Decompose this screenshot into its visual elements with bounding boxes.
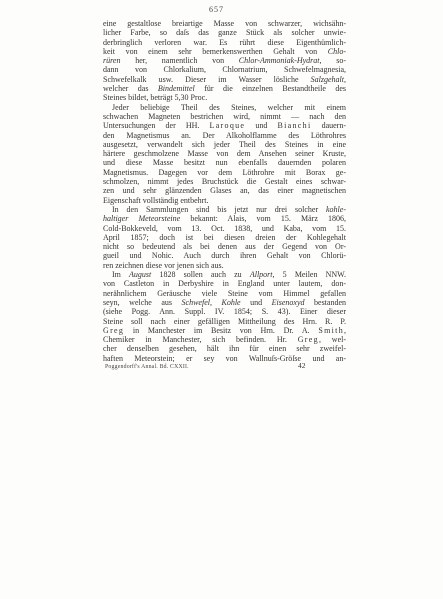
- text-segment: Cold-Bokkeveld, vom 13. Oct. 1838, und K…: [103, 224, 346, 233]
- paragraph: Jeder beliebige Theil des Steines, welch…: [103, 103, 346, 205]
- text-segment: nerähnlichem Geräusche viele Steine vom …: [103, 289, 346, 298]
- text-line: den Magnetismus an. Der Alkoholflamme de…: [103, 131, 346, 140]
- text-line: Steines bildet, beträgt 5,30 Proc.: [103, 93, 346, 102]
- text-line: Schwefelkalk usw. Dieser im Wasser lösli…: [103, 75, 346, 84]
- italic-text: Chlo-: [328, 47, 346, 56]
- text-segment: welcher das: [103, 84, 158, 93]
- text-line: Eigenschaft vollständig entbehrt.: [103, 196, 346, 205]
- text-segment: gueil und Nohic. Auch durch ihren Gehalt…: [103, 251, 346, 260]
- text-segment: ren zeichnen diese vor jenen sich aus.: [103, 261, 224, 270]
- text-segment: bekannt: Alais, vom 15. März 1806,: [180, 214, 346, 223]
- text-segment: Untersuchungen der HH.: [103, 121, 210, 130]
- italic-text: Chlor-Ammoniak-Hydrat: [239, 56, 320, 65]
- italic-text: haltiger Meteorsteine: [103, 214, 180, 223]
- text-segment: Jeder beliebige Theil des Steines, welch…: [112, 103, 346, 112]
- text-line: von Castleton in Derbyshire in England u…: [103, 279, 346, 288]
- text-line: Untersuchungen der HH. Laroque und Bianc…: [103, 121, 346, 130]
- text-line: schmolzen, nimmt jedes Bruchstück die Ge…: [103, 177, 346, 186]
- text-segment: und diese Masse besitzt nun ebenfalls da…: [103, 158, 346, 167]
- spaced-name: Greg: [103, 326, 124, 335]
- text-line: licher Farbe, so daſs das ganze Stück al…: [103, 28, 346, 37]
- text-segment: den Magnetismus an. Der Alkoholflamme de…: [103, 131, 346, 140]
- text-line: derbringlich verloren war. Es rührt dies…: [103, 38, 346, 47]
- text-segment: April 1857; doch ist bei diesen dreien d…: [103, 233, 346, 242]
- text-block: eine gestaltlose breiartige Masse von sc…: [103, 19, 346, 363]
- text-line: Im August 1828 sollen auch zu Allport, 5…: [103, 270, 346, 279]
- text-segment: Steines bildet, beträgt 5,30 Proc.: [103, 93, 207, 102]
- text-segment: in Manchester im Besitz von Hrn. Dr. A.: [124, 326, 318, 335]
- text-segment: derbringlich verloren war. Es rührt dies…: [103, 38, 346, 47]
- text-segment: Steine soll nach einer gefälligen Mitthe…: [103, 317, 346, 326]
- text-line: härtere geschmolzene Masse von dem Anseh…: [103, 149, 346, 158]
- spaced-name: Smith: [318, 326, 344, 335]
- text-segment: für die einzelnen Bestandtheile des: [195, 84, 346, 93]
- italic-text: rüren: [103, 56, 120, 65]
- paragraph: eine gestaltlose breiartige Masse von sc…: [103, 19, 346, 103]
- text-line: ausgesetzt, verwandelt sich jeder Theil …: [103, 140, 346, 149]
- text-line: und diese Masse besitzt nun ebenfalls da…: [103, 158, 346, 167]
- text-line: haltiger Meteorsteine bekannt: Alais, vo…: [103, 214, 346, 223]
- document-page: 657 eine gestaltlose breiartige Masse vo…: [0, 0, 443, 599]
- paragraph: Im August 1828 sollen auch zu Allport, 5…: [103, 270, 346, 363]
- text-segment: , 5 Meilen NNW.: [273, 270, 347, 279]
- text-line: Chemiker in Manchester, sich befinden. H…: [103, 335, 346, 344]
- italic-text: Eisenoxyd: [272, 298, 305, 307]
- text-segment: ausgesetzt, verwandelt sich jeder Theil …: [103, 140, 346, 149]
- text-line: In den Sammlungen sind bis jetzt nur dre…: [103, 205, 346, 214]
- text-segment: cher denselben gesehen, hält ihn für ein…: [103, 344, 346, 353]
- text-line: Cold-Bokkeveld, vom 13. Oct. 1838, und K…: [103, 224, 346, 233]
- italic-text: Bindemittel: [158, 84, 195, 93]
- text-segment: schmolzen, nimmt jedes Bruchstück die Ge…: [103, 177, 346, 186]
- text-segment: schwachen Magneten bestrichen wird, nimm…: [103, 112, 346, 121]
- text-line: welcher das Bindemittel für die einzelne…: [103, 84, 346, 93]
- text-segment: und: [245, 121, 277, 130]
- italic-text: Allport: [250, 270, 273, 279]
- text-line: dann von Chlorkalium, Chlornatrium, Schw…: [103, 65, 346, 74]
- text-segment: und: [241, 298, 272, 307]
- italic-text: Schwefel, Kohle: [182, 298, 241, 307]
- text-line: cher denselben gesehen, hält ihn für ein…: [103, 344, 346, 353]
- text-line: seyn, welche aus Schwefel, Kohle und Eis…: [103, 298, 346, 307]
- text-segment: Im: [112, 270, 129, 279]
- text-line: April 1857; doch ist bei diesen dreien d…: [103, 233, 346, 242]
- text-line: Jeder beliebige Theil des Steines, welch…: [103, 103, 346, 112]
- text-line: Steine soll nach einer gefälligen Mitthe…: [103, 317, 346, 326]
- text-line: (siehe Pogg. Ann. Suppl. IV. 1854; S. 43…: [103, 307, 346, 316]
- text-segment: bestanden: [305, 298, 347, 307]
- text-line: nerähnlichem Geräusche viele Steine vom …: [103, 289, 346, 298]
- text-segment: Chemiker in Manchester, sich befinden. H…: [103, 335, 298, 344]
- text-segment: ,: [344, 326, 346, 335]
- text-segment: zen und sehr glänzenden Glases an, das e…: [103, 186, 346, 195]
- text-segment: , wel-: [319, 335, 346, 344]
- spaced-name: Bianchi: [277, 121, 311, 130]
- text-line: rüren her, namentlich von Chlor-Ammoniak…: [103, 56, 346, 65]
- text-line: nicht so bedeutend als bei denen aus der…: [103, 242, 346, 251]
- text-line: ren zeichnen diese vor jenen sich aus.: [103, 261, 346, 270]
- text-segment: keit von einem sehr bemerkenswerthen Geh…: [103, 47, 328, 56]
- italic-text: August: [129, 270, 151, 279]
- text-segment: (siehe Pogg. Ann. Suppl. IV. 1854; S. 43…: [103, 307, 346, 316]
- text-segment: her, namentlich von: [120, 56, 238, 65]
- text-segment: , so-: [320, 56, 346, 65]
- text-segment: ,: [344, 75, 346, 84]
- text-segment: von Castleton in Derbyshire in England u…: [103, 279, 346, 288]
- italic-text: kohle-: [326, 205, 346, 214]
- text-segment: nicht so bedeutend als bei denen aus der…: [103, 242, 346, 251]
- spaced-name: Greg: [298, 335, 319, 344]
- text-segment: Schwefelkalk usw. Dieser im Wasser lösli…: [103, 75, 311, 84]
- spaced-name: Laroque: [210, 121, 246, 130]
- text-segment: dann von Chlorkalium, Chlornatrium, Schw…: [103, 65, 346, 74]
- text-segment: 1828 sollen auch zu: [151, 270, 250, 279]
- text-line: eine gestaltlose breiartige Masse von sc…: [103, 19, 346, 28]
- text-line: Greg in Manchester im Besitz von Hrn. Dr…: [103, 326, 346, 335]
- text-line: haften Meteorstein; er sey von Wallnuſs-…: [103, 354, 346, 363]
- text-segment: seyn, welche aus: [103, 298, 182, 307]
- text-segment: Eigenschaft vollständig entbehrt.: [103, 196, 209, 205]
- sheet-signature-number: 42: [298, 361, 306, 370]
- text-line: Magnetismus. Dagegen vor dem Löthrohre m…: [103, 168, 346, 177]
- text-segment: Magnetismus. Dagegen vor dem Löthrohre m…: [103, 168, 346, 177]
- text-line: gueil und Nohic. Auch durch ihren Gehalt…: [103, 251, 346, 260]
- text-line: schwachen Magneten bestrichen wird, nimm…: [103, 112, 346, 121]
- italic-text: Salzgehalt: [311, 75, 344, 84]
- page-number: 657: [95, 5, 338, 14]
- text-segment: licher Farbe, so daſs das ganze Stück al…: [103, 28, 346, 37]
- text-line: keit von einem sehr bemerkenswerthen Geh…: [103, 47, 346, 56]
- text-line: zen und sehr glänzenden Glases an, das e…: [103, 186, 346, 195]
- paragraph: In den Sammlungen sind bis jetzt nur dre…: [103, 205, 346, 270]
- text-segment: haften Meteorstein; er sey von Wallnuſs-…: [103, 354, 346, 363]
- text-segment: In den Sammlungen sind bis jetzt nur dre…: [112, 205, 326, 214]
- text-segment: härtere geschmolzene Masse von dem Anseh…: [103, 149, 346, 158]
- text-segment: dauern-: [311, 121, 346, 130]
- text-segment: eine gestaltlose breiartige Masse von sc…: [103, 19, 346, 28]
- footer-signature: Poggendorff's Annal. Bd. CXXII.: [105, 364, 189, 370]
